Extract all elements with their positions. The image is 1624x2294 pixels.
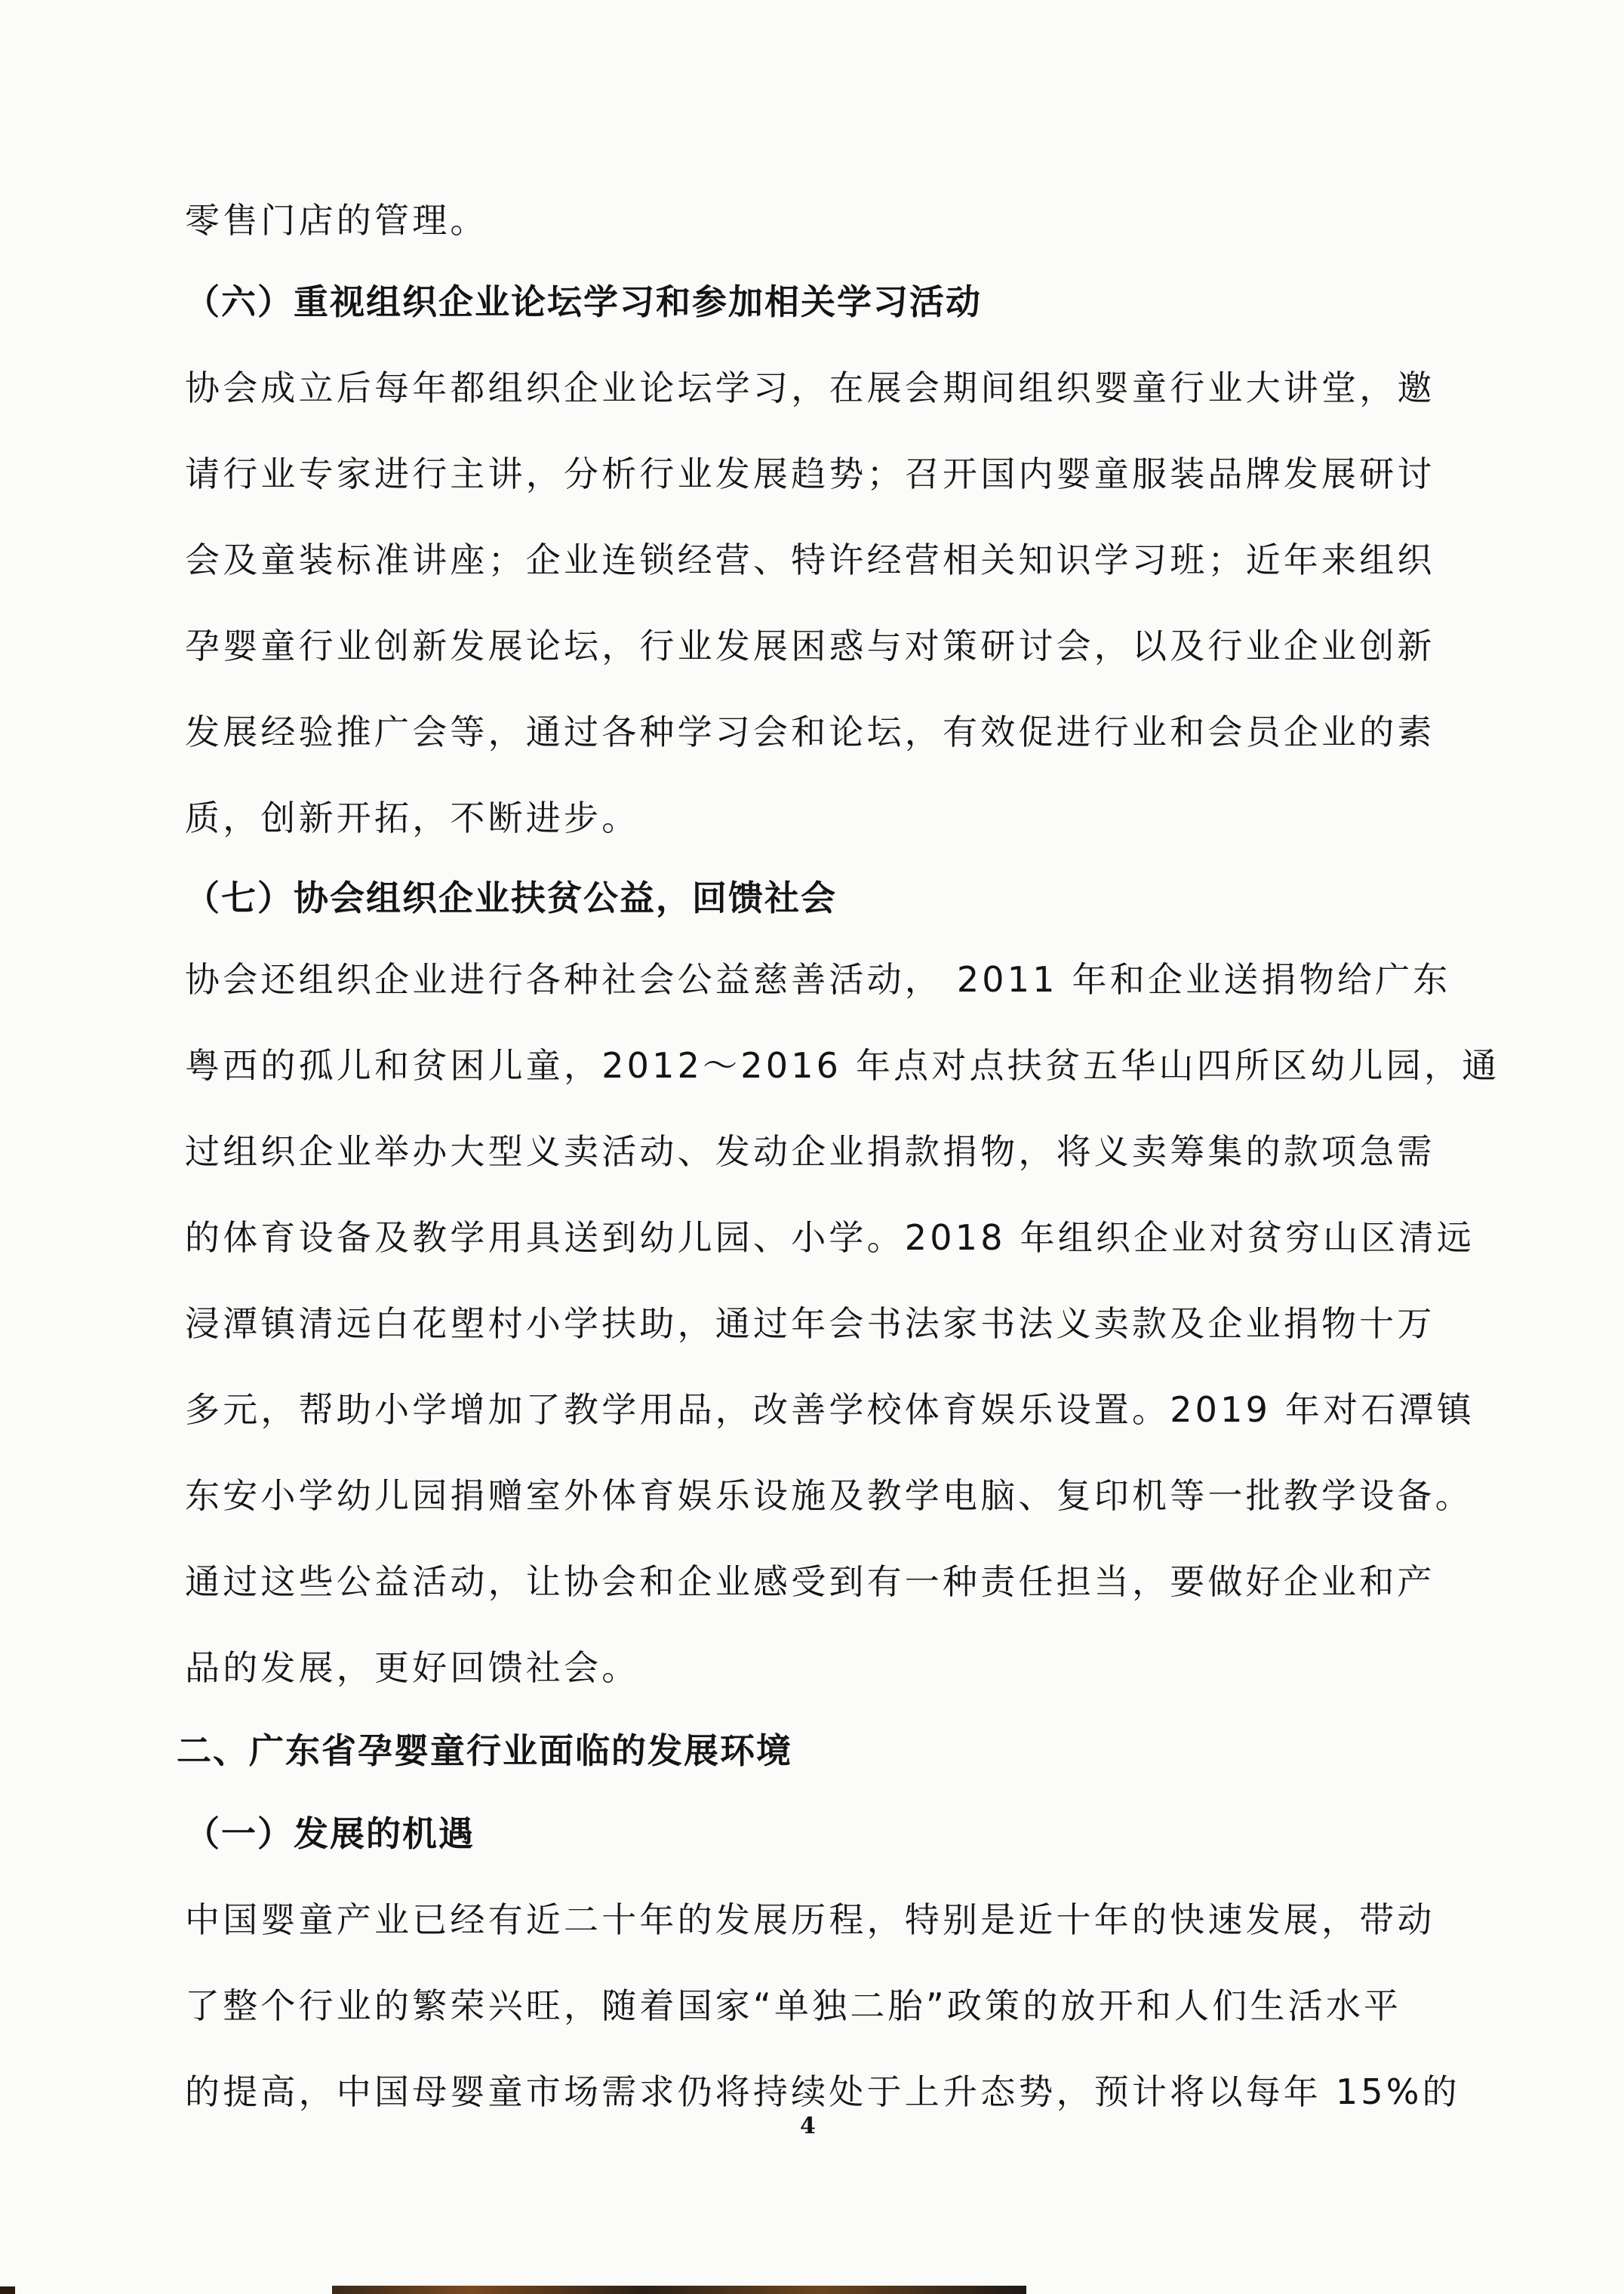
subsection-heading-1: （一）发展的机遇 bbox=[185, 1811, 1468, 1856]
body-line: 多元，帮助小学增加了教学用品，改善学校体育娱乐设置。2019 年对石潭镇 bbox=[185, 1387, 1468, 1432]
body-line: 粤西的孤儿和贫困儿童，2012～2016 年点对点扶贫五华山四所区幼儿园，通 bbox=[185, 1043, 1468, 1088]
body-line: 品的发展，更好回馈社会。 bbox=[185, 1645, 1468, 1690]
body-line: 质，创新开拓，不断进步。 bbox=[185, 795, 1468, 841]
scan-edge-artifact bbox=[332, 2286, 1026, 2294]
body-line: 过组织企业举办大型义卖活动、发动企业捐款捐物，将义卖筹集的款项急需 bbox=[185, 1129, 1468, 1174]
section-heading-6: （六）重视组织企业论坛学习和参加相关学习活动 bbox=[185, 279, 1468, 324]
body-line: 协会成立后每年都组织企业论坛学习，在展会期间组织婴童行业大讲堂，邀 bbox=[185, 365, 1468, 411]
body-line: 通过这些公益活动，让协会和企业感受到有一种责任担当，要做好企业和产 bbox=[185, 1559, 1468, 1604]
scan-edge-artifact bbox=[0, 2286, 15, 2294]
body-line: 发展经验推广会等，通过各种学习会和论坛，有效促进行业和会员企业的素 bbox=[185, 709, 1468, 755]
body-line: 浸潭镇清远白花塱村小学扶助，通过年会书法家书法义卖款及企业捐物十万 bbox=[185, 1301, 1468, 1346]
section-heading-7: （七）协会组织企业扶贫公益，回馈社会 bbox=[185, 875, 1468, 921]
body-line: 孕婴童行业创新发展论坛，行业发展困惑与对策研讨会，以及行业企业创新 bbox=[185, 623, 1468, 669]
page-number: 4 bbox=[800, 2113, 816, 2139]
document-page: 零售门店的管理。 （六）重视组织企业论坛学习和参加相关学习活动 协会成立后每年都… bbox=[0, 0, 1624, 2294]
body-line: 的体育设备及教学用具送到幼儿园、小学。2018 年组织企业对贫穷山区清远 bbox=[185, 1215, 1468, 1260]
body-line: 协会还组织企业进行各种社会公益慈善活动， 2011 年和企业送捐物给广东 bbox=[185, 957, 1468, 1002]
body-line: 中国婴童产业已经有近二十年的发展历程，特别是近十年的快速发展，带动 bbox=[185, 1897, 1468, 1942]
body-line: 了整个行业的繁荣兴旺，随着国家“单独二胎”政策的放开和人们生活水平 bbox=[185, 1983, 1468, 2028]
body-line: 请行业专家进行主讲，分析行业发展趋势；召开国内婴童服装品牌发展研讨 bbox=[185, 451, 1468, 497]
body-line: 零售门店的管理。 bbox=[185, 198, 1468, 243]
chapter-heading-2: 二、广东省孕婴童行业面临的发展环境 bbox=[177, 1728, 1459, 1773]
body-line: 会及童装标准讲座；企业连锁经营、特许经营相关知识学习班；近年来组织 bbox=[185, 537, 1468, 583]
body-line: 东安小学幼儿园捐赠室外体育娱乐设施及教学电脑、复印机等一批教学设备。 bbox=[185, 1473, 1468, 1518]
body-line: 的提高，中国母婴童市场需求仍将持续处于上升态势，预计将以每年 15%的 bbox=[185, 2069, 1468, 2114]
